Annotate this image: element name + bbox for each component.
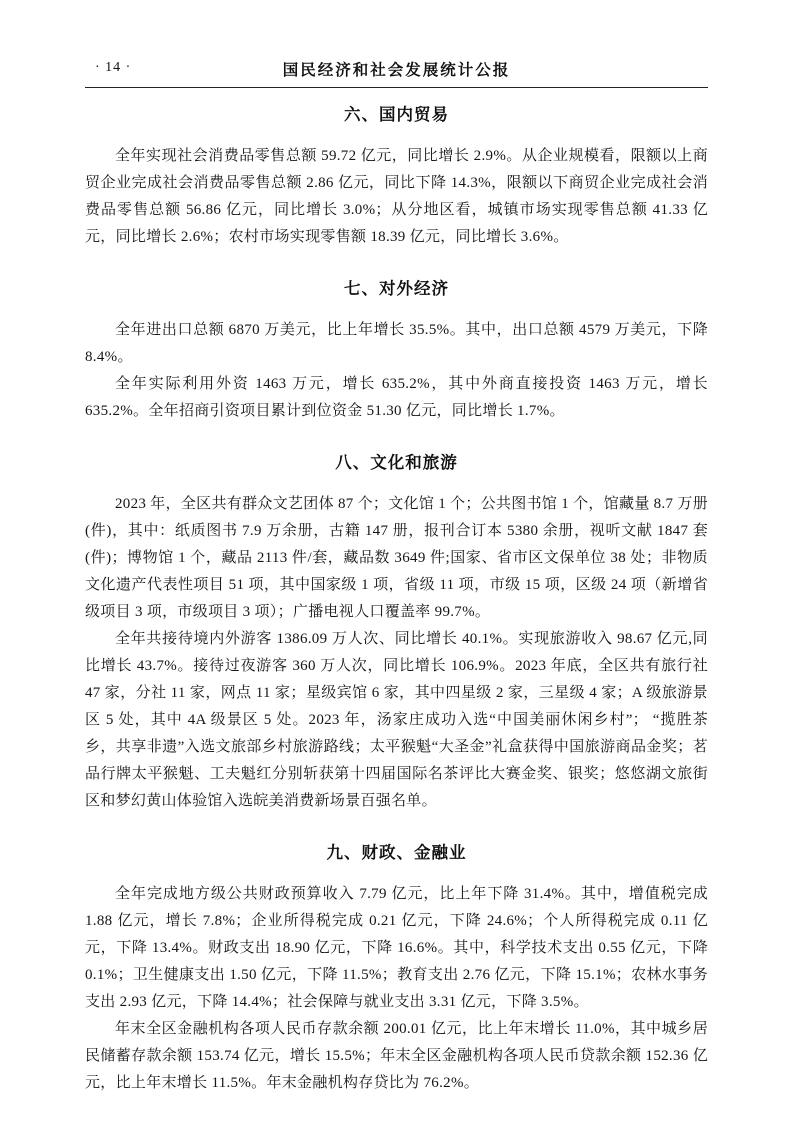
section-domestic-trade: 六、国内贸易 全年实现社会消费品零售总额 59.72 亿元，同比增长 2.9%。…	[85, 101, 708, 251]
paragraph: 全年实际利用外资 1463 万元，增长 635.2%，其中外商直接投资 1463…	[85, 371, 708, 425]
paragraph: 全年完成地方级公共财政预算收入 7.79 亿元，比上年下降 31.4%。其中，增…	[85, 881, 708, 1016]
section-heading: 九、财政、金融业	[85, 839, 708, 863]
paragraph: 全年进出口总额 6870 万美元，比上年增长 35.5%。其中，出口总额 457…	[85, 317, 708, 371]
paragraph: 全年共接待境内外游客 1386.09 万人次、同比增长 40.1%。实现旅游收入…	[85, 626, 708, 815]
section-heading: 六、国内贸易	[85, 101, 708, 125]
paragraph: 年末全区金融机构各项人民币存款余额 200.01 亿元，比上年末增长 11.0%…	[85, 1016, 708, 1097]
section-foreign-economy: 七、对外经济 全年进出口总额 6870 万美元，比上年增长 35.5%。其中，出…	[85, 275, 708, 425]
section-heading: 八、文化和旅游	[85, 449, 708, 473]
document-page: · 14 · 国民经济和社会发展统计公报 六、国内贸易 全年实现社会消费品零售总…	[0, 0, 793, 1122]
page-header: · 14 · 国民经济和社会发展统计公报	[85, 58, 708, 88]
header-title: 国民经济和社会发展统计公报	[85, 58, 708, 80]
section-culture-tourism: 八、文化和旅游 2023 年，全区共有群众文艺团体 87 个；文化馆 1 个；公…	[85, 449, 708, 815]
section-heading: 七、对外经济	[85, 275, 708, 299]
paragraph: 全年实现社会消费品零售总额 59.72 亿元，同比增长 2.9%。从企业规模看，…	[85, 143, 708, 251]
paragraph: 2023 年，全区共有群众文艺团体 87 个；文化馆 1 个；公共图书馆 1 个…	[85, 491, 708, 626]
section-finance-banking: 九、财政、金融业 全年完成地方级公共财政预算收入 7.79 亿元，比上年下降 3…	[85, 839, 708, 1097]
page-number: · 14 ·	[95, 60, 131, 76]
